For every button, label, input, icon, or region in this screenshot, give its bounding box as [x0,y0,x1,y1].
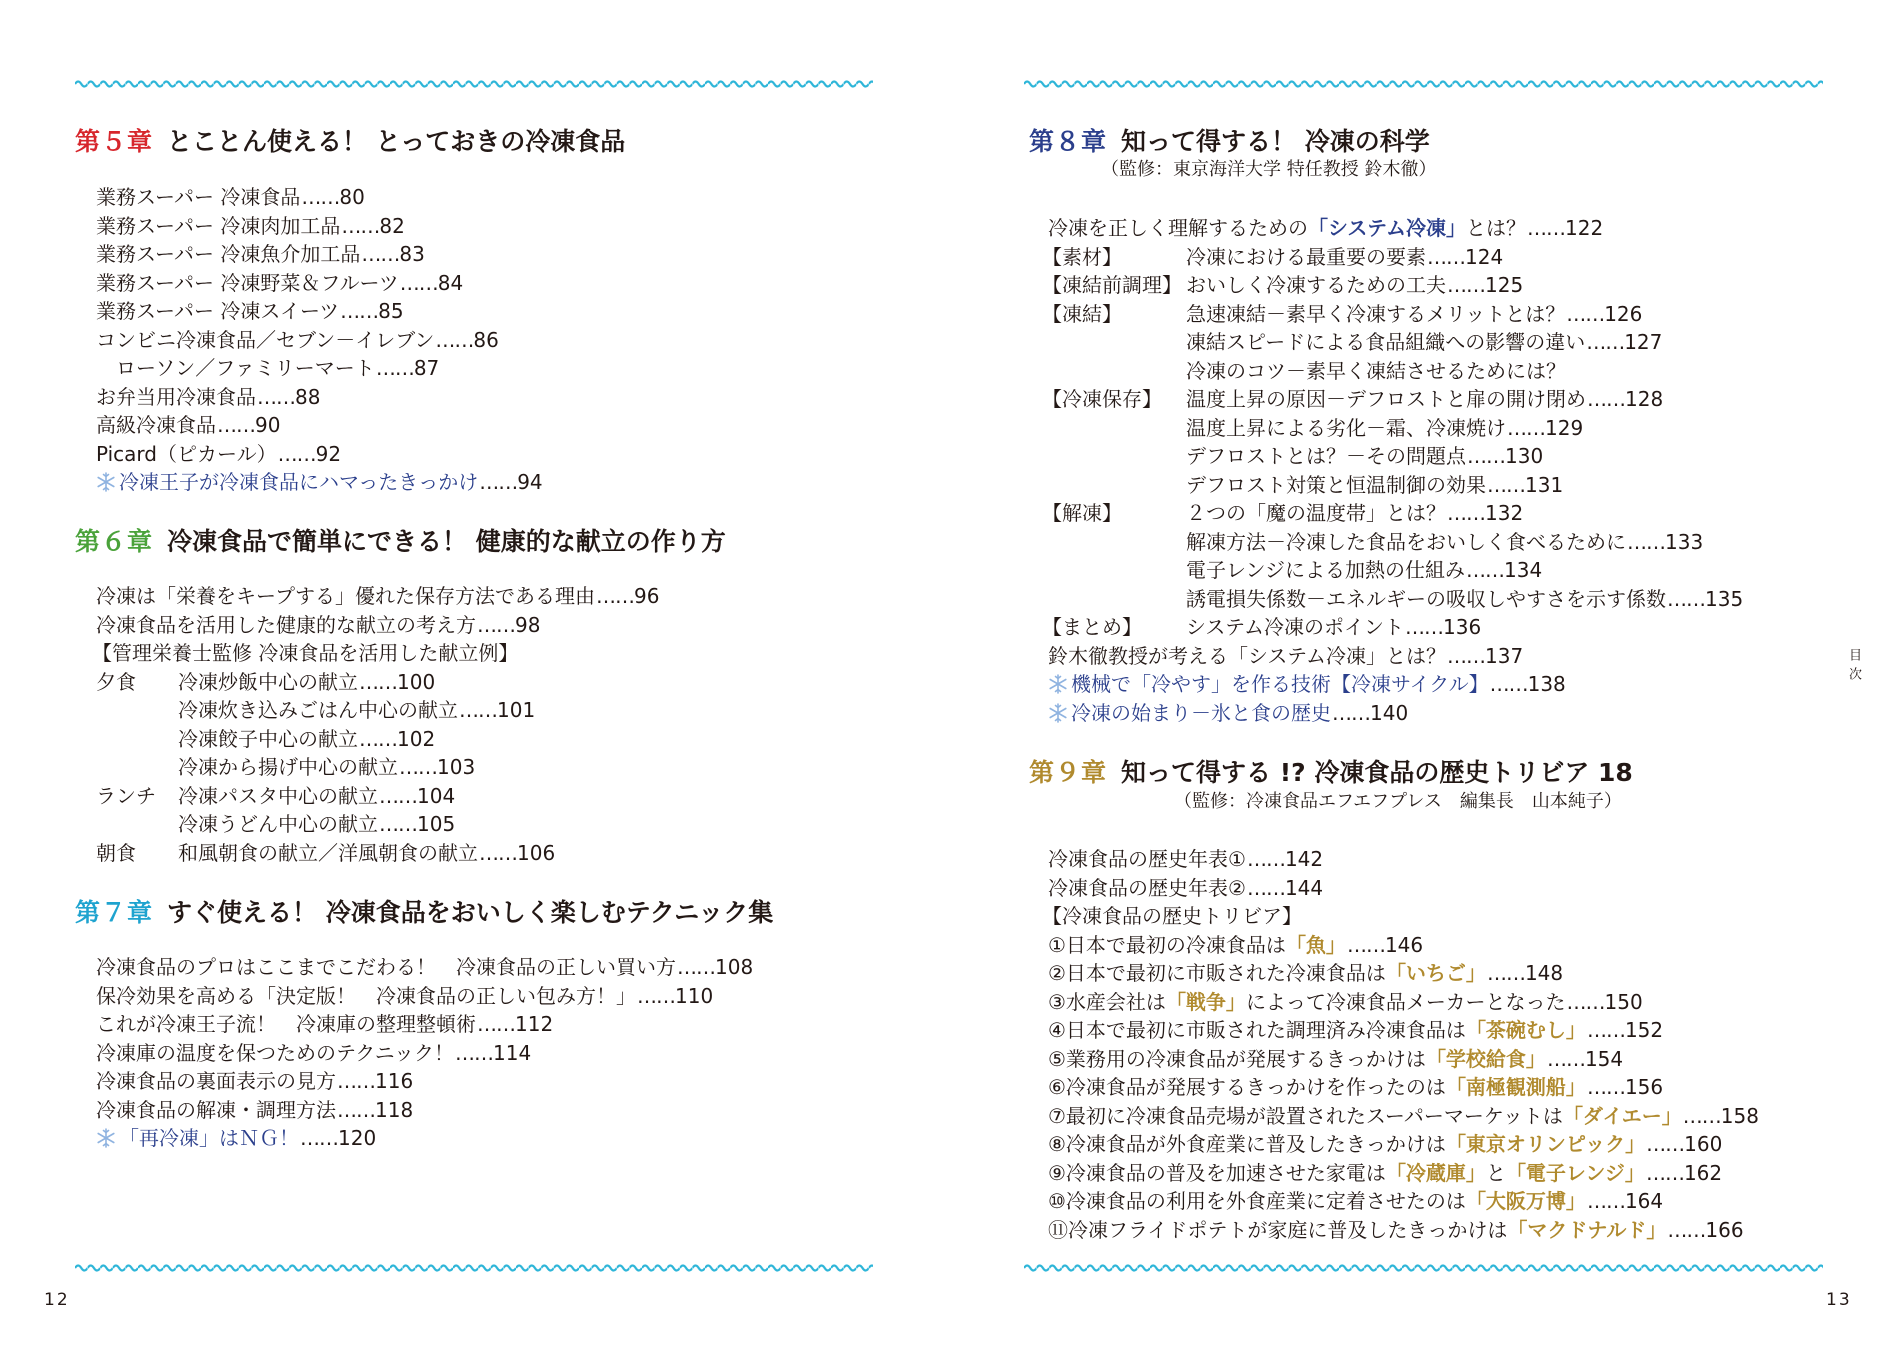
highlight-term: 「茶碗むし」 [1466,1016,1586,1045]
page-number: 102 [397,725,435,754]
page-number: 150 [1605,988,1643,1017]
page-number: 85 [378,297,403,326]
page-number: 124 [1465,243,1503,272]
page-number: 134 [1504,556,1542,585]
highlight-term: 「学校給食」 [1426,1045,1546,1074]
page-number: 88 [295,383,320,412]
page-number: 133 [1665,528,1703,557]
page-number: 98 [515,611,540,640]
page-number: 127 [1624,328,1662,357]
chapter-number: 第７章 [75,898,153,927]
chapter-number: 第６章 [75,527,153,556]
page-number: 132 [1485,499,1523,528]
meal-category: 朝食 [96,839,178,868]
chapter-title: すぐ使える！ 冷凍食品をおいしく楽しむテクニック集 [167,898,773,927]
page-number: 140 [1370,699,1408,728]
wave-divider-top-right [1024,77,1823,91]
snowflake-icon [96,472,116,492]
highlight-term: 「いちご」 [1386,959,1486,988]
toc-entry[interactable]: 冷凍のコツ－素早く凍結させるためには？ [1048,357,1743,386]
toc-entry[interactable]: デフロスト対策と恒温制御の効果……131 [1048,471,1743,500]
toc-entry[interactable]: ローソン／ファミリーマート……87 [96,354,543,383]
toc-entry[interactable]: 【冷凍保存】温度上昇の原因－デフロストと扉の開け閉め……128 [1048,385,1743,414]
toc-entry-column[interactable]: 冷凍王子が冷凍食品にハマったきっかけ……94 [96,468,543,497]
toc-entry[interactable]: 冷凍炊き込みごはん中心の献立……101 [96,696,659,725]
page-number: 94 [517,468,542,497]
toc-entry[interactable]: ④日本で最初に市販された調理済み冷凍食品は「茶碗むし」……152 [1048,1016,1759,1045]
page-number: 144 [1285,874,1323,903]
highlight-term: 「マクドナルド」 [1507,1216,1666,1245]
highlight-term: 「東京オリンピック」 [1446,1130,1645,1159]
page-number: 120 [338,1124,376,1153]
meal-category: 夕食 [96,668,178,697]
toc-entry[interactable]: これが冷凍王子流！ 冷凍庫の整理整頓術……112 [96,1010,753,1039]
page-number-left: 12 [44,1290,70,1310]
toc-entry[interactable]: 【凍結】急速凍結－素早く冷凍するメリットとは？……126 [1048,300,1743,329]
page-number: 156 [1625,1073,1663,1102]
page-number: 90 [255,411,280,440]
toc-entry[interactable]: ③水産会社は「戦争」によって冷凍食品メーカーとなった……150 [1048,988,1759,1017]
section-category: 【凍結】 [1042,300,1186,329]
page-number: 114 [493,1039,531,1068]
toc-entry[interactable]: お弁当用冷凍食品……88 [96,383,543,412]
page-number: 86 [473,326,498,355]
page-number: 101 [497,696,535,725]
page-number: 152 [1625,1016,1663,1045]
highlight-term: 「ダイエー」 [1563,1102,1682,1131]
toc-entry[interactable]: 冷凍食品の歴史年表②……144 [1048,874,1759,903]
chapter-number: 第９章 [1029,758,1107,787]
toc-entry[interactable]: 【凍結前調理】おいしく冷凍するための工夫……125 [1048,271,1743,300]
left-page: 第５章とことん使える！ とっておきの冷凍食品 業務スーパー 冷凍食品……80 業… [0,0,946,1350]
page-number: 130 [1505,442,1543,471]
toc-entry[interactable]: 電子レンジによる加熱の仕組み……134 [1048,556,1743,585]
page-number: 164 [1625,1187,1663,1216]
toc-entry[interactable]: 夕食冷凍炒飯中心の献立……100 [96,668,659,697]
chapter-5-toc: 業務スーパー 冷凍食品……80 業務スーパー 冷凍肉加工品……82 業務スーパー… [96,183,543,497]
toc-entry[interactable]: ⑨冷凍食品の普及を加速させた家電は「冷蔵庫」と「電子レンジ」……162 [1048,1159,1759,1188]
toc-entry[interactable]: 冷凍食品の裏面表示の見方……116 [96,1067,753,1096]
highlight-term: 「戦争」 [1166,988,1246,1017]
toc-entry-column[interactable]: 機械で「冷やす」を作る技術【冷凍サイクル】……138 [1048,670,1743,699]
toc-entry[interactable]: 冷凍庫の温度を保つためのテクニック！……114 [96,1039,753,1068]
toc-entry[interactable]: 保冷効果を高める「決定版！ 冷凍食品の正しい包み方！」……110 [96,982,753,1011]
wave-divider-bottom-left [75,1261,873,1275]
toc-entry[interactable]: 業務スーパー 冷凍スイーツ……85 [96,297,543,326]
page-number: 137 [1485,642,1523,671]
section-category: 【素材】 [1042,243,1186,272]
page-number: 82 [379,212,404,241]
page-number: 84 [438,269,463,298]
highlight-term: 「魚」 [1286,931,1346,960]
toc-entry[interactable]: ⑩冷凍食品の利用を外食産業に定着させたのは「大阪万博」……164 [1048,1187,1759,1216]
toc-entry[interactable]: 冷凍食品のプロはここまでこだわる！ 冷凍食品の正しい買い方……108 [96,953,753,982]
page-number: 92 [316,440,341,469]
chapter-number: 第５章 [75,127,153,156]
toc-entry[interactable]: 業務スーパー 冷凍魚介加工品……83 [96,240,543,269]
page-number: 148 [1525,959,1563,988]
toc-entry[interactable]: Picard（ピカール）……92 [96,440,543,469]
snowflake-icon [96,1128,116,1148]
page-number: 138 [1528,670,1566,699]
page-number: 104 [417,782,455,811]
toc-entry-column[interactable]: 冷凍の始まり－氷と食の歴史……140 [1048,699,1743,728]
page-number: 154 [1585,1045,1623,1074]
snowflake-icon [1048,703,1068,723]
page-number: 108 [715,953,753,982]
table-of-contents-side-label: 目次 [1844,648,1863,686]
toc-entry[interactable]: 冷凍食品を活用した健康的な献立の考え方……98 [96,611,659,640]
page-number: 83 [399,240,424,269]
toc-entry[interactable]: コンビニ冷凍食品／セブン－イレブン……86 [96,326,543,355]
chapter-9-heading: 第９章知って得する !? 冷凍食品の歴史トリビア 18 [1029,757,1633,789]
snowflake-icon [1048,674,1068,694]
toc-entry[interactable]: 冷凍を正しく理解するための「システム冷凍」とは？……122 [1048,214,1743,243]
page-number: 122 [1565,214,1603,243]
page-number: 116 [375,1067,413,1096]
chapter-number: 第８章 [1029,127,1107,156]
toc-entry[interactable]: 冷凍は「栄養をキープする」優れた保存方法である理由……96 [96,582,659,611]
toc-entry[interactable]: 凍結スピードによる食品組織への影響の違い……127 [1048,328,1743,357]
chapter-7-heading: 第７章すぐ使える！ 冷凍食品をおいしく楽しむテクニック集 [75,897,773,929]
toc-entry[interactable]: 冷凍食品の歴史年表①……142 [1048,845,1759,874]
chapter-title: とことん使える！ とっておきの冷凍食品 [167,127,625,156]
chapter-8-supervisor: （監修：東京海洋大学 特任教授 鈴木徹） [1101,158,1436,182]
chapter-7-toc: 冷凍食品のプロはここまでこだわる！ 冷凍食品の正しい買い方……108 保冷効果を… [96,953,753,1153]
chapter-9-toc: 冷凍食品の歴史年表①……142 冷凍食品の歴史年表②……144 【冷凍食品の歴史… [1048,845,1759,1244]
page-number: 106 [517,839,555,868]
section-category: 【まとめ】 [1042,613,1186,642]
wave-divider-bottom-right [1024,1261,1823,1275]
page-number: 125 [1485,271,1523,300]
page-number: 142 [1285,845,1323,874]
page-number: 87 [414,354,439,383]
highlight-term: 「大阪万博」 [1466,1187,1586,1216]
toc-entry[interactable]: 業務スーパー 冷凍野菜＆フルーツ……84 [96,269,543,298]
page-number: 96 [634,582,659,611]
page-number: 160 [1684,1130,1722,1159]
toc-entry[interactable]: 冷凍から揚げ中心の献立……103 [96,753,659,782]
toc-entry[interactable]: ランチ冷凍パスタ中心の献立……104 [96,782,659,811]
toc-subsection-label: 【管理栄養士監修 冷凍食品を活用した献立例】 [92,639,659,668]
toc-entry[interactable]: 冷凍食品の解凍・調理方法……118 [96,1096,753,1125]
section-category: 【解凍】 [1042,499,1186,528]
toc-entry[interactable]: 解凍方法－冷凍した食品をおいしく食べるために……133 [1048,528,1743,557]
toc-entry[interactable]: 【まとめ】システム冷凍のポイント……136 [1048,613,1743,642]
toc-entry[interactable]: ⑪冷凍フライドポテトが家庭に普及したきっかけは「マクドナルド」……166 [1048,1216,1759,1245]
page-number: 126 [1604,300,1642,329]
chapter-8-heading: 第８章知って得する！ 冷凍の科学 [1029,126,1430,158]
toc-entry[interactable]: 業務スーパー 冷凍肉加工品……82 [96,212,543,241]
toc-entry-column[interactable]: 「再冷凍」はＮＧ！……120 [96,1124,753,1153]
page-number: 110 [675,982,713,1011]
chapter-9-supervisor: （監修：冷凍食品エフエフプレス 編集長 山本純子） [1174,790,1622,814]
toc-entry[interactable]: ⑦最初に冷凍食品売場が設置されたスーパーマーケットは「ダイエー」……158 [1048,1102,1759,1131]
page-number-right: 13 [1826,1290,1852,1310]
toc-entry[interactable]: ②日本で最初に市販された冷凍食品は「いちご」……148 [1048,959,1759,988]
chapter-title: 知って得する !? 冷凍食品の歴史トリビア 18 [1121,758,1633,787]
chapter-title: 冷凍食品で簡単にできる！ 健康的な献立の作り方 [167,527,726,556]
page-number: 100 [397,668,435,697]
page-number: 112 [515,1010,553,1039]
page-number: 158 [1721,1102,1759,1131]
chapter-6-heading: 第６章冷凍食品で簡単にできる！ 健康的な献立の作り方 [75,526,726,558]
chapter-title: 知って得する！ 冷凍の科学 [1121,127,1430,156]
section-category: 【冷凍保存】 [1042,385,1186,414]
toc-entry[interactable]: 【解凍】２つの「魔の温度帯」とは？……132 [1048,499,1743,528]
page-number: 146 [1385,931,1423,960]
toc-entry[interactable]: 温度上昇による劣化－霜、冷凍焼け……129 [1048,414,1743,443]
page-number: 166 [1705,1216,1743,1245]
wave-divider-top-left [75,77,873,91]
toc-entry[interactable]: 誘電損失係数－エネルギーの吸収しやすさを示す係数……135 [1048,585,1743,614]
toc-entry[interactable]: 冷凍餃子中心の献立……102 [96,725,659,754]
page-number: 131 [1525,471,1563,500]
toc-entry[interactable]: 業務スーパー 冷凍食品……80 [96,183,543,212]
toc-entry[interactable]: ⑥冷凍食品が発展するきっかけを作ったのは「南極観測船」……156 [1048,1073,1759,1102]
toc-entry[interactable]: ⑤業務用の冷凍食品が発展するきっかけは「学校給食」……154 [1048,1045,1759,1074]
chapter-6-toc: 冷凍は「栄養をキープする」優れた保存方法である理由……96 冷凍食品を活用した健… [96,582,659,867]
page-number: 129 [1545,414,1583,443]
toc-entry[interactable]: 鈴木徹教授が考える「システム冷凍」とは？……137 [1048,642,1743,671]
toc-entry[interactable]: ①日本で最初の冷凍食品は「魚」……146 [1048,931,1759,960]
meal-category: ランチ [96,782,178,811]
right-page: 第８章知って得する！ 冷凍の科学 （監修：東京海洋大学 特任教授 鈴木徹） 冷凍… [946,0,1893,1350]
page-number: 80 [339,183,364,212]
page-number: 135 [1705,585,1743,614]
toc-subsection-label: 【冷凍食品の歴史トリビア】 [1042,902,1759,931]
page-number: 118 [375,1096,413,1125]
toc-entry[interactable]: ⑧冷凍食品が外食産業に普及したきっかけは「東京オリンピック」……160 [1048,1130,1759,1159]
page-number: 103 [437,753,475,782]
highlight-term: 「南極観測船」 [1446,1073,1586,1102]
highlight-term: 「電子レンジ」 [1506,1159,1645,1188]
highlight-term: 「システム冷凍」 [1308,214,1466,243]
page-number: 105 [417,810,455,839]
toc-entry[interactable]: デフロストとは？－その問題点……130 [1048,442,1743,471]
chapter-8-toc: 冷凍を正しく理解するための「システム冷凍」とは？……122 【素材】冷凍における… [1048,214,1743,727]
page-number: 162 [1684,1159,1722,1188]
toc-entry[interactable]: 冷凍うどん中心の献立……105 [96,810,659,839]
toc-entry[interactable]: 【素材】冷凍における最重要の要素……124 [1048,243,1743,272]
section-category: 【凍結前調理】 [1042,271,1186,300]
toc-entry[interactable]: 高級冷凍食品……90 [96,411,543,440]
page-number: 136 [1443,613,1481,642]
highlight-term: 「冷蔵庫」 [1386,1159,1486,1188]
toc-entry[interactable]: 朝食和風朝食の献立／洋風朝食の献立……106 [96,839,659,868]
chapter-5-heading: 第５章とことん使える！ とっておきの冷凍食品 [75,126,625,158]
page-number: 128 [1625,385,1663,414]
